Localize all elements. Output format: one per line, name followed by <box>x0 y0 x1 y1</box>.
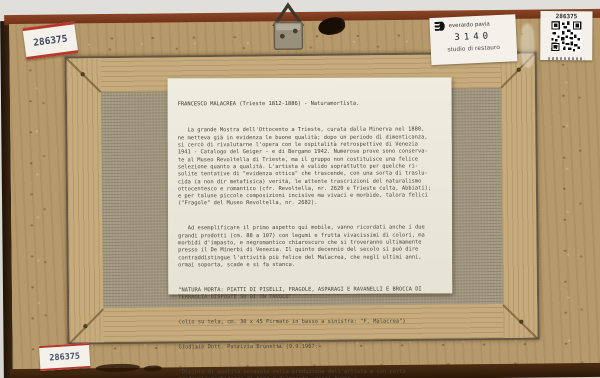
qr-sticker-number: 286375 <box>540 13 592 20</box>
stretcher-bar-right <box>501 54 538 338</box>
label-paragraph-1: La grande Mostra dell'Ottocento a Triest… <box>178 127 442 208</box>
inventory-sticker-top-left: 286375 <box>22 21 78 60</box>
nail-head <box>517 68 521 72</box>
inventory-number: 286375 <box>33 33 68 48</box>
inventory-number: 286375 <box>49 351 80 363</box>
label-artist-heading: FRANCESCO MALACREA (Trieste 1812-1886) -… <box>178 100 442 108</box>
label-artwork-title: "NATURA MORTA: PIATTI DI PISELLI, FRAGOL… <box>178 286 442 302</box>
stretcher-bar-left <box>67 58 104 342</box>
expertise-label: FRANCESCO MALACREA (Trieste 1812-1886) -… <box>168 77 453 294</box>
nail-head <box>519 320 523 324</box>
qr-microtext <box>548 57 584 60</box>
qr-code-icon <box>551 21 581 51</box>
inventory-sticker-bottom-left: 286375 <box>39 343 90 371</box>
nail-head <box>81 72 85 76</box>
paint-smear <box>520 24 534 68</box>
restorer-subtitle: studio di restauro <box>436 43 512 53</box>
label-paragraph-2: Ad esemplificare il primo aspetto qui mo… <box>178 225 442 270</box>
label-judgement-heading: Giudizio Dott. Patrizia Brunetti (9.9.19… <box>178 343 442 351</box>
nail-head <box>83 324 87 328</box>
label-judgement-text: "Dipinto di qualità notevole nella produ… <box>179 368 443 378</box>
qr-sticker: 286375 <box>540 11 592 60</box>
label-technique-line: (olio su tela, cm. 30 x 45 Firmato in ba… <box>178 318 442 326</box>
restorer-number: 3140 <box>435 30 511 43</box>
painting-back: FRANCESCO MALACREA (Trieste 1812-1886) -… <box>0 9 600 378</box>
ep-logo-icon <box>435 21 446 30</box>
restorer-name: everardo pavia <box>449 21 490 29</box>
hanging-bracket <box>262 2 315 57</box>
restorer-sticker: everardo pavia 3140 studio di restauro <box>429 14 517 65</box>
photo-backdrop: FRANCESCO MALACREA (Trieste 1812-1886) -… <box>0 0 600 378</box>
